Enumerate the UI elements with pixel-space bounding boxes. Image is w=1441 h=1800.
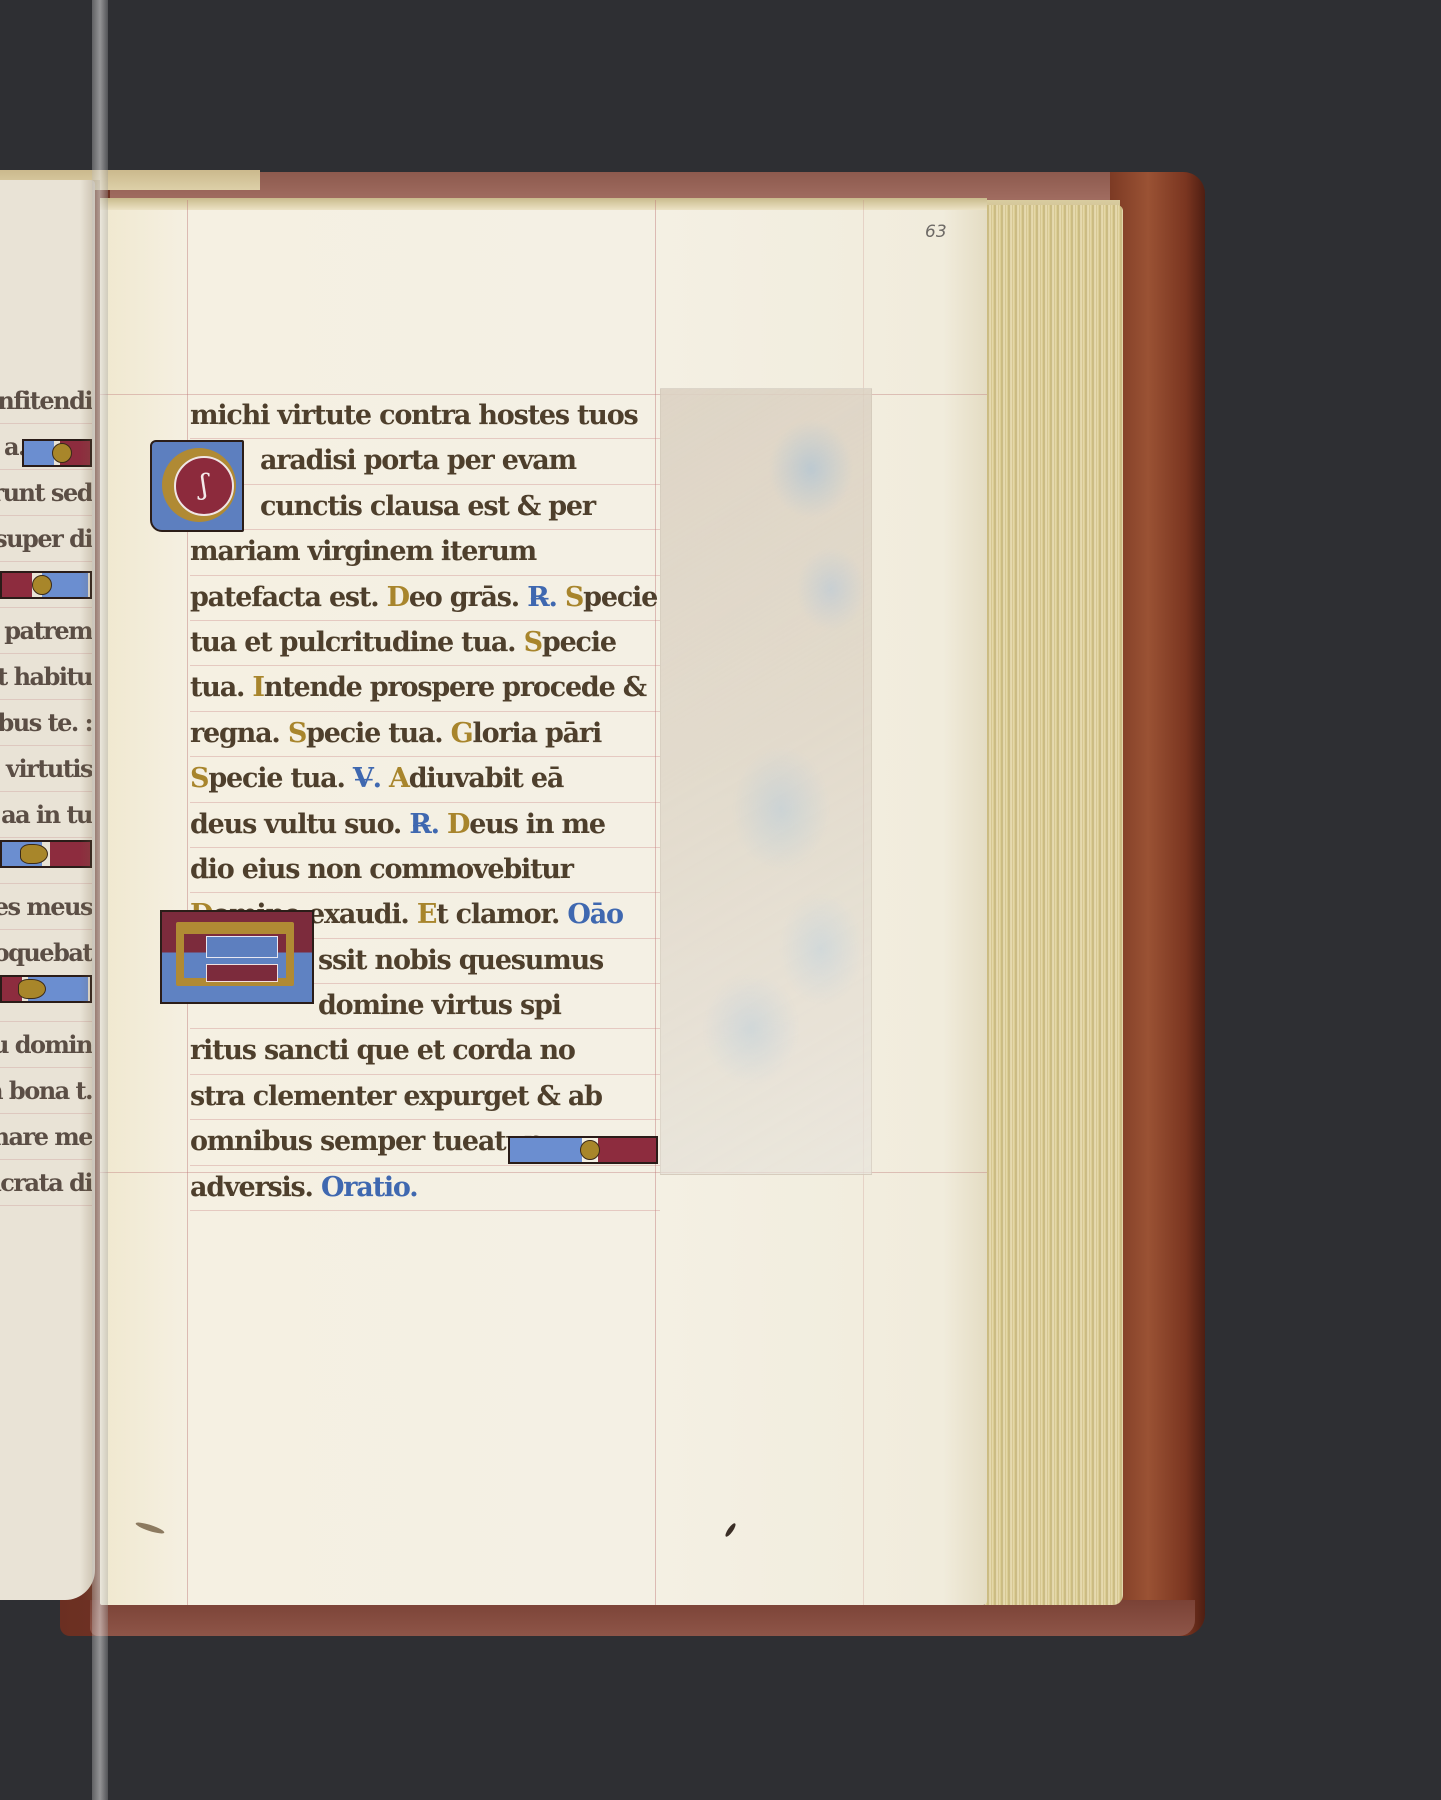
cover-bottom-edge [90,1600,1195,1636]
text-line: tua et pulcritudine tua. Specie [190,621,660,666]
text-segment: dio eius non commovebitur [190,854,573,885]
facing-line: virtutis [0,746,92,792]
rubric-blue: V̶. [353,763,389,794]
initial-infill-scroll-icon: ʃ [174,456,234,516]
facing-line-filler [0,975,92,1003]
text-segment: stra clementer expurget & ab [190,1081,602,1112]
text-block: michi virtute contra hostes tuos aradisi… [190,394,660,1211]
facing-line: derunt sed [0,470,92,516]
ruling-left [187,200,188,1605]
text-segment: t clamor. [436,899,567,930]
text-segment: regna. [190,718,288,749]
facing-line-filler [0,840,92,868]
text-segment: eo grās. [409,582,527,613]
text-segment: pecie tua. [306,718,451,749]
text-segment: eus in me [469,809,605,840]
text-line: patefacta est. Deo grās. R̶. Specie [190,576,660,621]
text-segment: pecie [583,582,657,613]
text-segment: pecie tua. [208,763,353,794]
text-segment: diuvabit eā [409,763,563,794]
text-line: stra clementer expurget & ab [190,1075,660,1120]
page-head-edge [100,198,987,210]
rubric-blue: Oāo [567,899,622,930]
illuminated-initial-p: ʃ [150,440,244,532]
text-line: michi virtute contra hostes tuos [190,394,660,439]
facing-line: in bona t. [0,1068,92,1114]
text-segment: patefacta est. [190,582,387,613]
gold-capital: E [417,899,436,930]
initial-infill-red [206,964,278,982]
text-segment: ntende prospere procede & [264,672,646,703]
gold-capital: I [252,672,263,703]
facing-line: : et habitu [0,654,92,700]
facing-line: c loquebat [0,930,92,976]
gold-dot-icon [580,1140,600,1160]
facing-line-filler [0,571,92,599]
text-segment: aradisi porta per evam [260,445,576,476]
text-segment: ritus sancti que et corda no [190,1035,575,1066]
text-line: mariam virginem iterum [190,530,660,575]
text-segment: ssit nobis quesumus [318,945,603,976]
text-line: ritus sancti que et corda no [190,1029,660,1074]
gold-capital: A [389,763,409,794]
text-segment: domine virtus spi [318,990,561,1021]
facing-page-text: confitendi a. derunt sed super di ad pat… [0,378,92,1206]
gold-capital: G [451,718,473,749]
text-segment: adversis. [190,1172,321,1203]
text-segment: cunctis clausa est & per [260,491,595,522]
text-line: cunctis clausa est & per [190,485,660,530]
facing-line: sacrata di [0,1160,92,1206]
text-segment: omnibus semper tueatur [190,1126,537,1157]
offset-border-decoration [660,388,872,1175]
text-line: dio eius non commovebitur [190,848,660,893]
folio-number: 63 [925,222,947,242]
facing-line: super di [0,516,92,562]
rubric-blue: R̶. [409,809,447,840]
text-line: tua. Intende prospere procede & [190,666,660,711]
text-line: adversis. Oratio. [190,1166,660,1211]
facing-line: ad patrem [0,608,92,654]
facing-line: confitendi [0,378,92,424]
gold-capital: D [447,809,469,840]
gold-capital: S [524,627,542,658]
gold-capital: S [190,763,208,794]
line-filler [508,1136,658,1164]
text-segment: tua. [190,672,252,703]
text-segment: deus vultu suo. [190,809,409,840]
text-line: regna. Specie tua. Gloria pāri [190,712,660,757]
glass-holding-strip [92,0,108,1800]
facing-line: tres meus [0,884,92,930]
text-line: aradisi porta per evam [190,439,660,484]
text-line: Specie tua. V̶. Adiuvabit eā [190,757,660,802]
text-segment: michi virtute contra hostes tuos [190,400,638,431]
text-line: deus vultu suo. R̶. Deus in me [190,803,660,848]
facing-line: niu domin [0,1022,92,1068]
page-stack-fore-edge [985,205,1123,1605]
facing-line: ugnare me [0,1114,92,1160]
gold-capital: S [288,718,306,749]
cover-fore-edge-turn-in [1110,172,1205,1636]
rubric-blue: Oratio. [321,1172,418,1203]
gold-capital: D [387,582,409,613]
text-segment: pecie [542,627,616,658]
gold-capital: S [565,582,583,613]
facing-line: aa in tu [0,792,92,838]
illuminated-initial-a [160,910,314,1004]
rubric-blue: R̶. [527,582,565,613]
initial-infill-blue [206,936,278,958]
text-segment: loria pāri [473,718,602,749]
text-segment: tua et pulcritudine tua. [190,627,524,658]
facing-line: ibus te. : [0,700,92,746]
text-segment: mariam virginem iterum [190,536,536,567]
